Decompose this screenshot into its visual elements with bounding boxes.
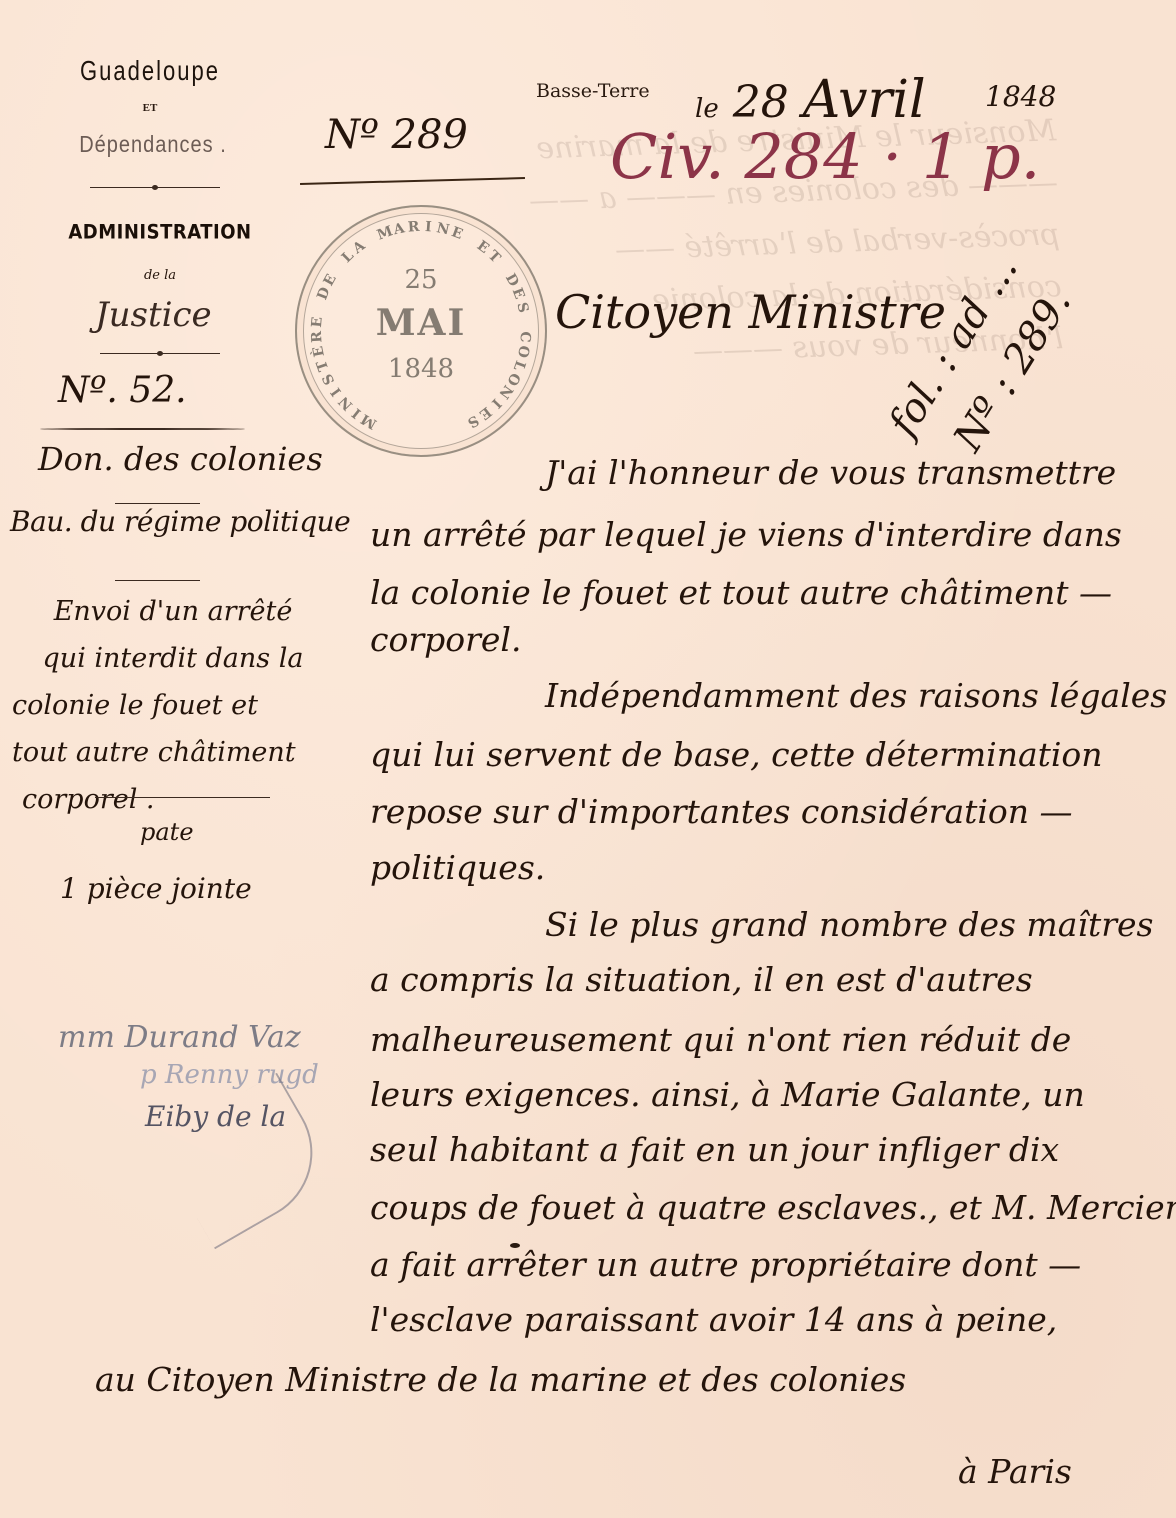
letterhead-colony: Guadeloupe: [75, 55, 225, 88]
letter-line: Indépendamment des raisons légales: [545, 676, 1167, 715]
letter-number-underline: [300, 177, 525, 185]
stamp-month: MAI: [297, 302, 545, 344]
letter-line: l'esclave paraissant avoir 14 ans à pein…: [370, 1300, 1057, 1339]
destination: à Paris: [958, 1452, 1072, 1491]
margin-bureau: Bau. du régime politique: [10, 505, 350, 538]
department-divider: [100, 353, 220, 354]
margin-pate-note: pate: [140, 818, 194, 846]
letter-number: Nº 289: [325, 112, 468, 158]
margin-attachment: 1 pièce jointe: [60, 872, 252, 905]
ministry-date-stamp: MINISTÈRE DE LA MARINE ET DES COLONIES 2…: [295, 205, 547, 457]
pencil-note: p Renny rugd: [140, 1060, 319, 1090]
red-registry-annotation: Civ. 284 · 1 p.: [610, 120, 1040, 193]
letter-page: Monsieur le Ministre de la marine ——— de…: [0, 0, 1176, 1518]
margin-divider-3: [95, 797, 270, 798]
margin-direction: Don. des colonies: [38, 440, 323, 478]
letter-line: leurs exigences. ainsi, à Marie Galante,…: [370, 1075, 1085, 1114]
stamp-day: 25: [297, 265, 545, 295]
letter-line: coups de fouet à quatre esclaves., et M.…: [370, 1188, 1176, 1227]
letter-line: J'ai l'honneur de vous transmettre: [545, 453, 1116, 492]
summary-line: Envoi d'un arrêté: [8, 588, 338, 635]
margin-brace: [40, 428, 245, 430]
pencil-note: mm Durand Vaz: [58, 1020, 301, 1055]
summary-line: tout autre châtiment: [8, 729, 338, 776]
letter-line: a compris la situation, il en est d'autr…: [370, 960, 1033, 999]
salutation: Citoyen Ministre: [555, 285, 946, 339]
stamp-year: 1848: [297, 354, 545, 384]
letter-line: la colonie le fouet et tout autre châtim…: [370, 573, 1112, 612]
addressee: au Citoyen Ministre de la marine et des …: [95, 1360, 906, 1399]
letter-line: repose sur d'importantes considération —: [370, 792, 1073, 831]
date-year: 1848: [985, 80, 1056, 113]
letter-line: a fait arrêter un autre propriétaire don…: [370, 1245, 1081, 1284]
margin-divider-2: [115, 580, 200, 581]
summary-line: qui interdit dans la: [8, 635, 338, 682]
letterhead-de-la: de la: [120, 268, 200, 283]
letter-line: corporel.: [370, 620, 521, 659]
summary-line: corporel .: [8, 776, 338, 823]
letterhead-administration: ADMINISTRATION: [55, 221, 265, 244]
margin-divider: [115, 503, 200, 504]
letter-line: seul habitant a fait en un jour infliger…: [370, 1130, 1059, 1169]
date-place: Basse-Terre: [536, 80, 650, 102]
letterhead-department: Justice: [95, 295, 212, 335]
letter-line: un arrêté par lequel je viens d'interdir…: [370, 515, 1122, 554]
letter-line: malheureusement qui n'ont rien réduit de: [370, 1020, 1071, 1059]
letter-line: qui lui servent de base, cette détermina…: [370, 735, 1103, 774]
letterhead-dependances: Dépendances .: [68, 132, 238, 158]
margin-summary: Envoi d'un arrêté qui interdit dans la c…: [8, 588, 338, 823]
letter-line: politiques.: [370, 848, 545, 887]
letterhead-et: ET: [75, 102, 225, 114]
letter-line: Si le plus grand nombre des maîtres: [545, 905, 1153, 944]
letterhead-divider: [90, 187, 220, 188]
ink-mark: [510, 1243, 520, 1248]
summary-line: colonie le fouet et: [8, 682, 338, 729]
margin-file-number: Nº. 52.: [58, 370, 187, 411]
